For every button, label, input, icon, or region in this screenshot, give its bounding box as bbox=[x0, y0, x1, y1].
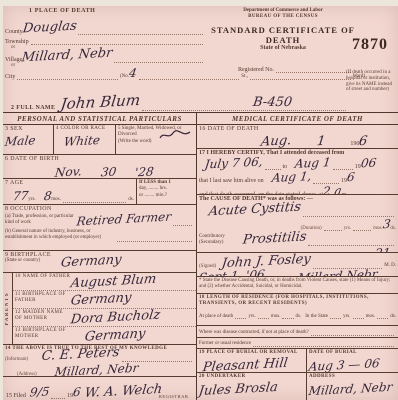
bureau-line: BUREAU OF THE CENSUS bbox=[208, 14, 358, 20]
mother-name-row: 12 MAIDEN NAME OF MOTHER Dora Bucholz bbox=[13, 309, 196, 327]
father-birthplace-row: 11 BIRTHPLACE OF FATHER Germany bbox=[13, 291, 196, 309]
medical-column: 16 DATE OF DEATH Aug. (Month) 1 (Day) 19… bbox=[197, 125, 398, 400]
father-name-label: 10 NAME OF FATHER bbox=[15, 273, 71, 280]
mother-name-label: 12 MAIDEN NAME OF MOTHER bbox=[15, 309, 71, 321]
to-label: to bbox=[283, 164, 288, 170]
leader-line bbox=[114, 54, 203, 63]
birthplace-section: 9 BIRTHPLACE (State or country) Germany bbox=[3, 251, 196, 273]
mother-birthplace-row: 13 BIRTHPLACE OF MOTHER Germany bbox=[13, 327, 196, 344]
father-name-row: 10 NAME OF FATHER August Blum bbox=[13, 273, 196, 291]
cause-duration-days: 3 bbox=[382, 217, 391, 231]
leader-line bbox=[31, 36, 203, 45]
undertaker-cell: 20 UNDERTAKER Jules Brosla bbox=[197, 373, 306, 400]
ds-label: ds. bbox=[390, 314, 396, 319]
date-of-birth-section: 6 DATE OF BIRTH Nov. (Month) 30 (Day) '2… bbox=[3, 155, 196, 179]
leader-line bbox=[142, 102, 346, 111]
birthplace-value: Germany bbox=[60, 252, 123, 272]
in-state-label: In the State bbox=[305, 314, 328, 319]
county-value: Douglas bbox=[22, 19, 78, 37]
occupation-a-value: Retired Farmer bbox=[76, 210, 172, 229]
burial-value: Pleasant Hill bbox=[202, 356, 289, 373]
dob-day-value: 30 bbox=[100, 165, 117, 179]
ds-label: ds. bbox=[296, 314, 302, 319]
house-no-value: 4 bbox=[128, 66, 138, 80]
father-birthplace-value: Germany bbox=[70, 290, 132, 308]
parents-section: PARENTS 10 NAME OF FATHER August Blum 11… bbox=[3, 273, 196, 345]
undertaker-row: 20 UNDERTAKER Jules Brosla ADDRESS Milla… bbox=[197, 373, 398, 400]
file-number-value: B-450 bbox=[252, 95, 293, 110]
race-cell: 4 COLOR OR RACE White bbox=[53, 125, 115, 154]
attended-to-year: 06 bbox=[360, 156, 377, 171]
undertaker-label: 20 UNDERTAKER bbox=[199, 374, 304, 380]
yrs-label: yrs. bbox=[344, 226, 351, 231]
physician-signed-section: (Signed) John J. Fosley M. D. Sept 1, '0… bbox=[197, 253, 398, 277]
contributory-hint: (Secondary) bbox=[199, 240, 243, 246]
burial-row: 19 PLACE OF BURIAL OR REMOVAL Pleasant H… bbox=[197, 349, 398, 373]
leader-line bbox=[311, 327, 394, 336]
hospital-margin-note: (If death occurred in a hospital or inst… bbox=[346, 70, 396, 93]
length-of-residence-section: 18 LENGTH OF RESIDENCE (For Hospitals, I… bbox=[197, 294, 398, 326]
dob-year-value: '28 bbox=[134, 165, 154, 179]
yrs-label: yrs. bbox=[343, 314, 350, 319]
dod-month-value: Aug. bbox=[260, 133, 292, 149]
cause-of-death-section: The CAUSE OF DEATH* was as follows: — Ac… bbox=[197, 195, 398, 253]
last-saw-year: 6 bbox=[346, 170, 355, 184]
date-of-burial-cell: DATE OF BURIAL Aug 3 — 06 bbox=[306, 349, 398, 372]
county-label: County bbox=[5, 29, 23, 35]
full-name-value: John Blum bbox=[60, 91, 142, 113]
leader-line bbox=[253, 338, 394, 347]
signed-caption: (Signed) bbox=[199, 264, 216, 269]
mother-birthplace-value: Germany bbox=[84, 326, 146, 344]
race-label: 4 COLOR OR RACE bbox=[56, 126, 113, 132]
father-birthplace-label: 11 BIRTHPLACE OF FATHER bbox=[15, 291, 71, 303]
physician-address: Millard Nebr bbox=[297, 267, 379, 277]
place-of-burial-cell: 19 PLACE OF BURIAL OR REMOVAL Pleasant H… bbox=[197, 349, 306, 372]
date-of-birth-label: 6 DATE OF BIRTH bbox=[5, 156, 59, 162]
occupation-b-label: (b) General nature of industry, business… bbox=[5, 229, 115, 242]
filed-label: 15 Filed bbox=[6, 393, 26, 399]
informant-caption: (Informant) bbox=[5, 357, 28, 362]
marital-cell: 5 Single, Married, Widowed, or Divorced … bbox=[115, 125, 196, 154]
mother-name-value: Dora Bucholz bbox=[70, 308, 161, 328]
township-label: Township bbox=[5, 39, 29, 45]
scanned-page: 1 PLACE OF DEATH County Douglas Township… bbox=[0, 0, 398, 400]
undertaker-address-value: Millard, Nebr bbox=[308, 380, 393, 398]
personal-column: 3 SEX Male 4 COLOR OR RACE White 5 Singl… bbox=[3, 125, 197, 400]
dod-day-value: 1 bbox=[316, 134, 326, 149]
last-saw-text: that I last saw him alive on bbox=[199, 178, 264, 184]
leader-line bbox=[63, 194, 126, 203]
leader-line bbox=[140, 368, 192, 377]
attendance-certify-section: 17 I HEREBY CERTIFY, That I attended dec… bbox=[197, 149, 398, 195]
contributory-value: Prostitilis bbox=[242, 229, 308, 247]
leader-line bbox=[17, 71, 118, 80]
filed-section: 15 Filed 9/5 19 6 W. A. Welch REGISTRAR. bbox=[3, 377, 196, 400]
column-headers: PERSONAL AND STATISTICAL PARTICULARS MED… bbox=[3, 112, 398, 125]
leader-line bbox=[330, 310, 341, 319]
mos-label: mos. bbox=[271, 314, 281, 319]
burial-date-label: DATE OF BURIAL bbox=[309, 350, 396, 356]
former-residence-row: Former or usual residence bbox=[197, 338, 398, 349]
leader-line bbox=[276, 64, 351, 73]
place-of-death-block: County Douglas Township or Village Milla… bbox=[5, 8, 205, 80]
md-label: M. D. bbox=[384, 263, 396, 269]
occupation-a-label: (a) Trade, profession, or particular kin… bbox=[5, 214, 77, 227]
leader-line bbox=[324, 222, 342, 231]
birthplace-hint: (State or country) bbox=[5, 258, 61, 264]
ds-label: ds. bbox=[390, 226, 396, 231]
attended-to-value: Aug 1 bbox=[294, 155, 332, 171]
yrs-label: yrs. bbox=[248, 314, 255, 319]
disease-contracted-row: Where was disease contracted, if not at … bbox=[197, 326, 398, 338]
leader-line bbox=[139, 71, 240, 80]
at-place-label: At place of death bbox=[199, 314, 233, 319]
attended-from-value: July 7 06, bbox=[204, 155, 264, 172]
former-label: Former or usual residence bbox=[199, 341, 251, 347]
city-label: City bbox=[5, 74, 15, 80]
sex-race-marital-row: 3 SEX Male 4 COLOR OR RACE White 5 Singl… bbox=[3, 125, 196, 155]
undertaker-address-cell: ADDRESS Millard, Nebr bbox=[306, 373, 398, 400]
father-name-value: August Blum bbox=[70, 273, 157, 291]
occupation-section: 8 OCCUPATION (a) Trade, profession, or p… bbox=[3, 205, 196, 251]
personal-column-header: PERSONAL AND STATISTICAL PARTICULARS bbox=[3, 113, 197, 124]
residence-label: 18 LENGTH OF RESIDENCE (For Hospitals, I… bbox=[199, 295, 396, 308]
mother-birthplace-label: 13 BIRTHPLACE OF MOTHER bbox=[15, 327, 71, 339]
leader-line bbox=[265, 161, 281, 170]
registrar-signature: W. A. Welch bbox=[84, 382, 163, 400]
medical-column-header: MEDICAL CERTIFICATE OF DEATH bbox=[197, 113, 398, 124]
leader-line bbox=[333, 161, 353, 170]
yrs-label: yrs. bbox=[28, 197, 35, 203]
contributory-duration-days: 21 bbox=[374, 246, 391, 253]
leader-line bbox=[258, 310, 269, 319]
dob-month-value: Nov. bbox=[54, 164, 83, 179]
state-line: State of Nebraska bbox=[208, 45, 358, 51]
marital-handwritten-mark bbox=[158, 129, 192, 141]
less-line3: or ........ min.? bbox=[139, 193, 194, 199]
leader-line bbox=[353, 310, 364, 319]
race-value: White bbox=[63, 133, 101, 149]
ds-label: ds. bbox=[128, 197, 134, 203]
less-than-one-day-box: If LESS than 1 day, ........ hrs. or ...… bbox=[136, 179, 196, 204]
street-label: St., bbox=[241, 74, 248, 80]
leader-line bbox=[78, 26, 203, 35]
certificate-header: 1 PLACE OF DEATH County Douglas Township… bbox=[3, 6, 398, 92]
age-section: 7 AGE 77 yrs. 8 mos. ds. If LESS than 1 … bbox=[3, 179, 196, 205]
leader-line bbox=[235, 310, 246, 319]
sex-value: Male bbox=[4, 133, 36, 149]
sex-label: 3 SEX bbox=[5, 126, 51, 132]
leader-line bbox=[313, 175, 339, 184]
parents-vertical-label: PARENTS bbox=[3, 273, 13, 344]
registrar-caption: REGISTRAR. bbox=[159, 394, 190, 399]
filed-year-hw: 6 bbox=[72, 385, 81, 399]
sex-cell: 3 SEX Male bbox=[3, 125, 53, 154]
full-name-label: 2 FULL NAME bbox=[11, 105, 55, 111]
cause-footnote: * State the Disease Causing Death, or, i… bbox=[197, 277, 398, 294]
informant-section: 14 THE ABOVE IS TRUE TO THE BEST OF MY K… bbox=[3, 345, 196, 377]
certificate-title: STANDARD CERTIFICATE OF DEATH bbox=[208, 25, 358, 45]
leader-line bbox=[173, 217, 192, 226]
leader-line bbox=[117, 233, 192, 242]
full-name-row: 2 FULL NAME John Blum B-450 bbox=[3, 92, 398, 112]
leader-line bbox=[308, 237, 394, 246]
contracted-label: Where was disease contracted, if not at … bbox=[199, 330, 309, 336]
filed-date-value: 9/5 bbox=[29, 385, 50, 400]
leader-line bbox=[51, 390, 65, 399]
dod-year-hw: 6 bbox=[358, 134, 368, 149]
death-time-value: 2 a bbox=[322, 184, 342, 195]
bureau-title-block: Department of Commerce and Labor BUREAU … bbox=[208, 8, 358, 51]
burial-date-value: Aug 3 — 06 bbox=[308, 356, 381, 373]
mos-label: mos. bbox=[51, 197, 61, 203]
certificate-number: 7870 bbox=[352, 36, 388, 54]
date-of-death-section: 16 DATE OF DEATH Aug. (Month) 1 (Day) 19… bbox=[197, 125, 398, 149]
age-years-value: 77 bbox=[12, 189, 29, 204]
informant-address: Millard, Nebr bbox=[54, 361, 139, 377]
leader-line bbox=[353, 222, 371, 231]
registered-no-label: Registered No. bbox=[238, 67, 274, 73]
leader-line bbox=[377, 310, 388, 319]
last-saw-value: Aug 1, bbox=[271, 169, 312, 185]
death-certificate: 1 PLACE OF DEATH County Douglas Township… bbox=[3, 6, 398, 400]
date-of-death-label: 16 DATE OF DEATH bbox=[199, 126, 259, 132]
leader-line bbox=[282, 310, 293, 319]
undertaker-address-label: ADDRESS bbox=[309, 374, 396, 380]
age-months-value: 8 bbox=[43, 189, 52, 203]
leader-line bbox=[303, 208, 395, 217]
undertaker-signature: Jules Brosla bbox=[198, 380, 279, 399]
mos-label: mos. bbox=[366, 314, 376, 319]
